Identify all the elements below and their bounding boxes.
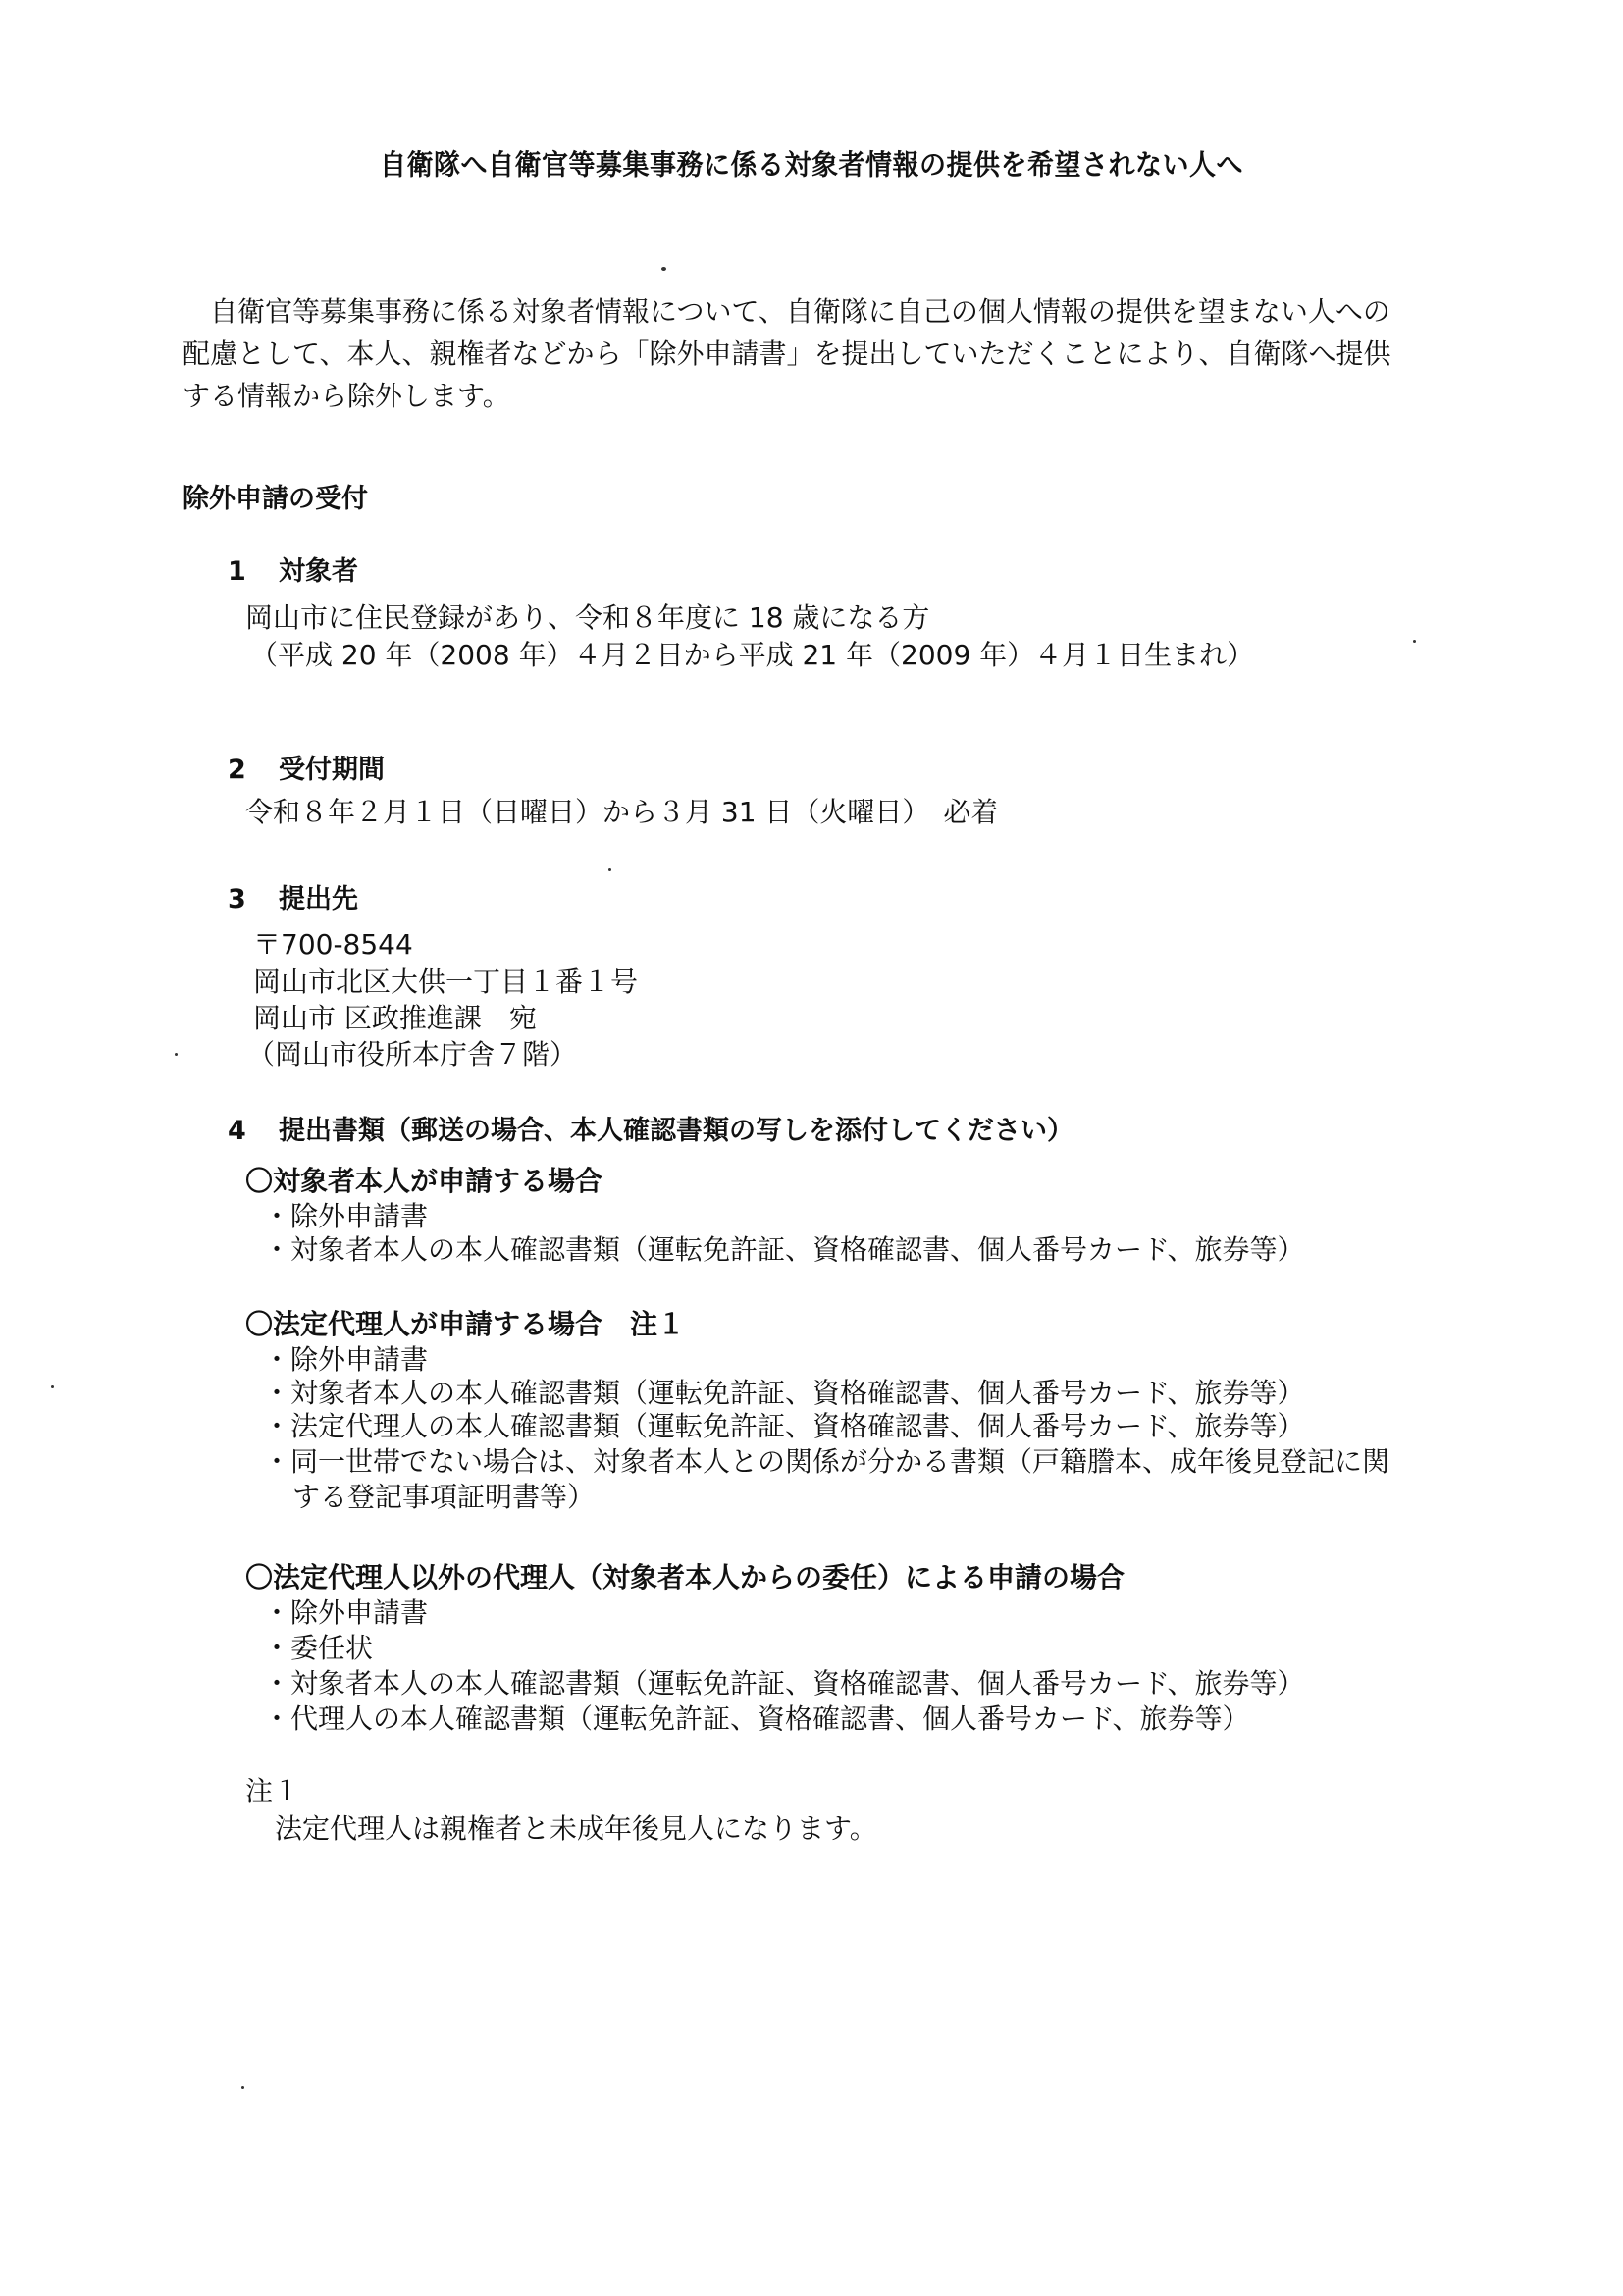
acceptance-period: 令和８年２月１日（日曜日）から３月 31 日（火曜日） 必着 bbox=[245, 795, 998, 830]
document-title: 自衛隊へ自衛官等募集事務に係る対象者情報の提供を希望されない人へ bbox=[0, 142, 1623, 183]
case-self-title: 〇対象者本人が申請する場合 bbox=[245, 1160, 602, 1199]
item-number: 4 bbox=[228, 1116, 279, 1146]
intro-paragraph: 自衛官等募集事務に係る対象者情報について、自衛隊に自己の個人情報の提供を望まない… bbox=[183, 290, 1448, 417]
case-legal-rep-bullet: 除外申請書 bbox=[263, 1342, 428, 1378]
item-number: 1 bbox=[228, 556, 279, 587]
case-other-agent-bullet: 代理人の本人確認書類（運転免許証、資格確認書、個人番号カード、旅券等） bbox=[263, 1701, 1250, 1737]
item-title: 対象者 bbox=[279, 556, 358, 587]
scan-speck bbox=[241, 2086, 244, 2089]
case-other-agent-bullet: 委任状 bbox=[263, 1631, 373, 1666]
address: 岡山市北区大供一丁目１番１号 bbox=[253, 965, 638, 1000]
item-heading-period: 2受付期間 bbox=[228, 748, 385, 786]
building-floor: （岡山市役所本庁舎７階） bbox=[247, 1037, 577, 1072]
case-other-agent-bullet: 対象者本人の本人確認書類（運転免許証、資格確認書、個人番号カード、旅券等） bbox=[263, 1666, 1305, 1701]
scan-speck bbox=[175, 1053, 178, 1056]
scan-speck bbox=[661, 267, 666, 271]
case-legal-rep-bullet: 同一世帯でない場合は、対象者本人との関係が分かる書類（戸籍謄本、成年後見登記に関 bbox=[263, 1444, 1389, 1480]
intro-line: 配慮として、本人、親権者などから「除外申請書」を提出していただくことにより、自衛… bbox=[183, 333, 1448, 375]
target-birth-range: （平成 20 年（2008 年）４月２日から平成 21 年（2009 年）４月１… bbox=[250, 638, 1254, 673]
scan-speck bbox=[51, 1385, 54, 1388]
case-legal-rep-title: 〇法定代理人が申請する場合 注１ bbox=[245, 1303, 685, 1342]
section-title: 除外申請の受付 bbox=[183, 477, 368, 515]
scan-speck bbox=[608, 868, 611, 871]
postal-code: 〒700-8544 bbox=[253, 927, 413, 963]
item-number: 2 bbox=[228, 755, 279, 785]
case-legal-rep-bullet: 法定代理人の本人確認書類（運転免許証、資格確認書、個人番号カード、旅券等） bbox=[263, 1409, 1305, 1444]
item-heading-documents: 4提出書類（郵送の場合、本人確認書類の写しを添付してください） bbox=[228, 1109, 1073, 1147]
intro-line: 自衛官等募集事務に係る対象者情報について、自衛隊に自己の個人情報の提供を望まない… bbox=[183, 290, 1448, 333]
item-title: 提出先 bbox=[279, 884, 358, 914]
scan-speck bbox=[1413, 640, 1416, 643]
case-other-agent-title: 〇法定代理人以外の代理人（対象者本人からの委任）による申請の場合 bbox=[245, 1556, 1125, 1595]
case-self-bullet: 除外申請書 bbox=[263, 1199, 428, 1234]
document-page: 自衛隊へ自衛官等募集事務に係る対象者情報の提供を希望されない人へ 自衛官等募集事… bbox=[0, 0, 1623, 2296]
recipient: 岡山市 区政推進課 宛 bbox=[253, 1001, 537, 1036]
case-legal-rep-bullet: 対象者本人の本人確認書類（運転免許証、資格確認書、個人番号カード、旅券等） bbox=[263, 1376, 1305, 1411]
item-title: 受付期間 bbox=[279, 755, 385, 785]
item-heading-target: 1対象者 bbox=[228, 549, 358, 588]
target-description: 岡山市に住民登録があり、令和８年度に 18 歳になる方 bbox=[245, 600, 929, 636]
item-number: 3 bbox=[228, 884, 279, 914]
note-label: 注１ bbox=[245, 1774, 300, 1809]
case-legal-rep-bullet-continuation: する登記事項証明書等） bbox=[263, 1480, 595, 1515]
item-heading-destination: 3提出先 bbox=[228, 877, 358, 915]
item-title: 提出書類（郵送の場合、本人確認書類の写しを添付してください） bbox=[279, 1116, 1073, 1146]
intro-line: する情報から除外します。 bbox=[183, 375, 1448, 417]
case-other-agent-bullet: 除外申請書 bbox=[263, 1595, 428, 1631]
case-self-bullet: 対象者本人の本人確認書類（運転免許証、資格確認書、個人番号カード、旅券等） bbox=[263, 1232, 1305, 1268]
note-text: 法定代理人は親権者と未成年後見人になります。 bbox=[275, 1811, 877, 1847]
